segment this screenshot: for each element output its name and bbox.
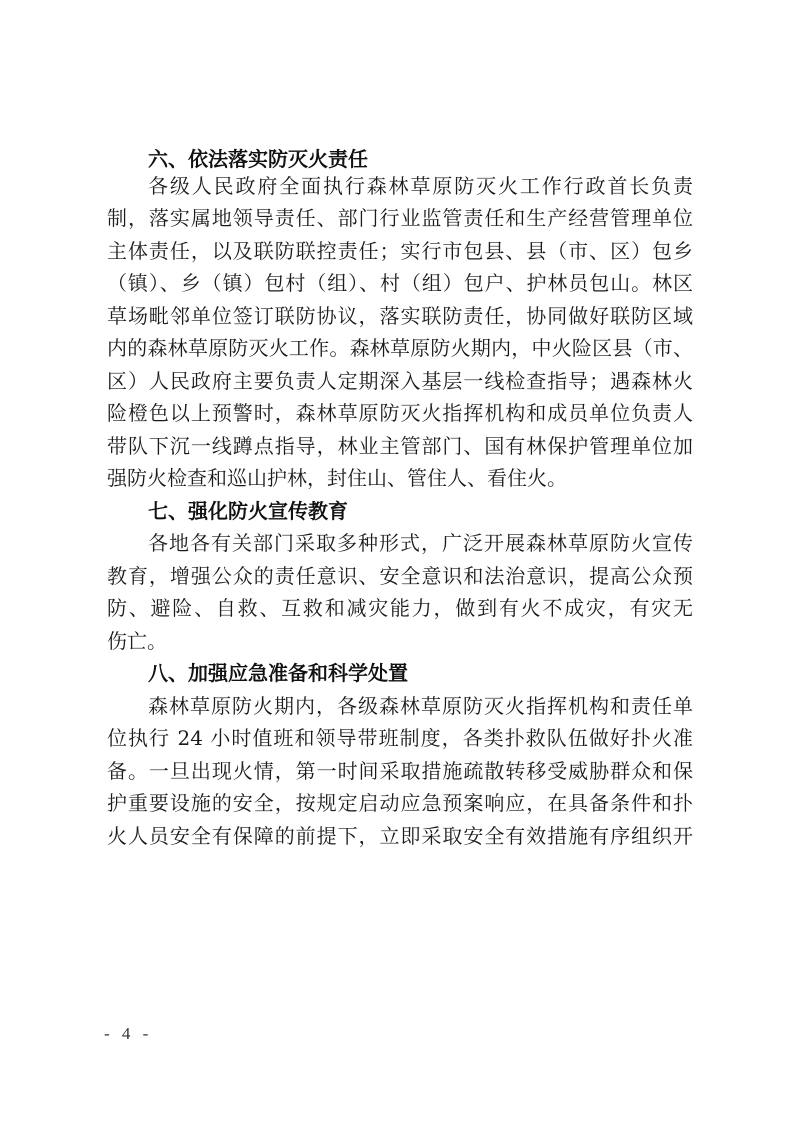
paragraph-line: 教育，增强公众的责任意识、安全意识和法治意识，提高公众预 xyxy=(107,561,693,591)
paragraph-line: 主体责任，以及联防联控责任；实行市包县、县（市、区）包乡 xyxy=(107,236,693,266)
paragraph-line: 位执行 24 小时值班和领导带班制度，各类扑救队伍做好扑火准 xyxy=(107,723,693,753)
paragraph-line: 护重要设施的安全，按规定启动应急预案响应，在具备条件和扑 xyxy=(107,788,693,818)
section-heading-7: 七、强化防火宣传教育 xyxy=(148,496,348,526)
paragraph-line: 强防火检查和巡山护林，封住山、管住人、看住火。 xyxy=(107,463,693,493)
document-page: 六、依法落实防灭火责任 各级人民政府全面执行森林草原防灭火工作行政首长负责 制，… xyxy=(0,0,793,1122)
paragraph-line: 区）人民政府主要负责人定期深入基层一线检查指导；遇森林火 xyxy=(107,366,693,396)
paragraph-line: 各级人民政府全面执行森林草原防灭火工作行政首长负责 xyxy=(148,171,693,201)
paragraph-line: 内的森林草原防灭火工作。森林草原防火期内，中火险区县（市、 xyxy=(107,333,693,363)
paragraph-line: 险橙色以上预警时，森林草原防灭火指挥机构和成员单位负责人 xyxy=(107,398,693,428)
page-number: - 4 - xyxy=(104,1024,152,1044)
paragraph-line: 带队下沉一线蹲点指导，林业主管部门、国有林保护管理单位加 xyxy=(107,431,693,461)
section-heading-8: 八、加强应急准备和科学处置 xyxy=(148,658,408,688)
paragraph-line: 伤亡。 xyxy=(107,626,693,656)
paragraph-line: 火人员安全有保障的前提下，立即采取安全有效措施有序组织开 xyxy=(107,821,693,851)
paragraph-line: 制，落实属地领导责任、部门行业监管责任和生产经营管理单位 xyxy=(107,203,693,233)
paragraph-line: 备。一旦出现火情，第一时间采取措施疏散转移受威胁群众和保 xyxy=(107,756,693,786)
paragraph-line: 森林草原防火期内，各级森林草原防灭火指挥机构和责任单 xyxy=(148,691,693,721)
section-heading-6: 六、依法落实防灭火责任 xyxy=(148,144,368,174)
paragraph-line: 各地各有关部门采取多种形式，广泛开展森林草原防火宣传 xyxy=(148,528,693,558)
paragraph-line: 草场毗邻单位签订联防协议，落实联防责任，协同做好联防区域 xyxy=(107,301,693,331)
paragraph-line: （镇）、乡（镇）包村（组）、村（组）包户、护林员包山。林区 xyxy=(107,268,693,298)
paragraph-line: 防、避险、自救、互救和减灾能力，做到有火不成灾，有灾无 xyxy=(107,593,693,623)
